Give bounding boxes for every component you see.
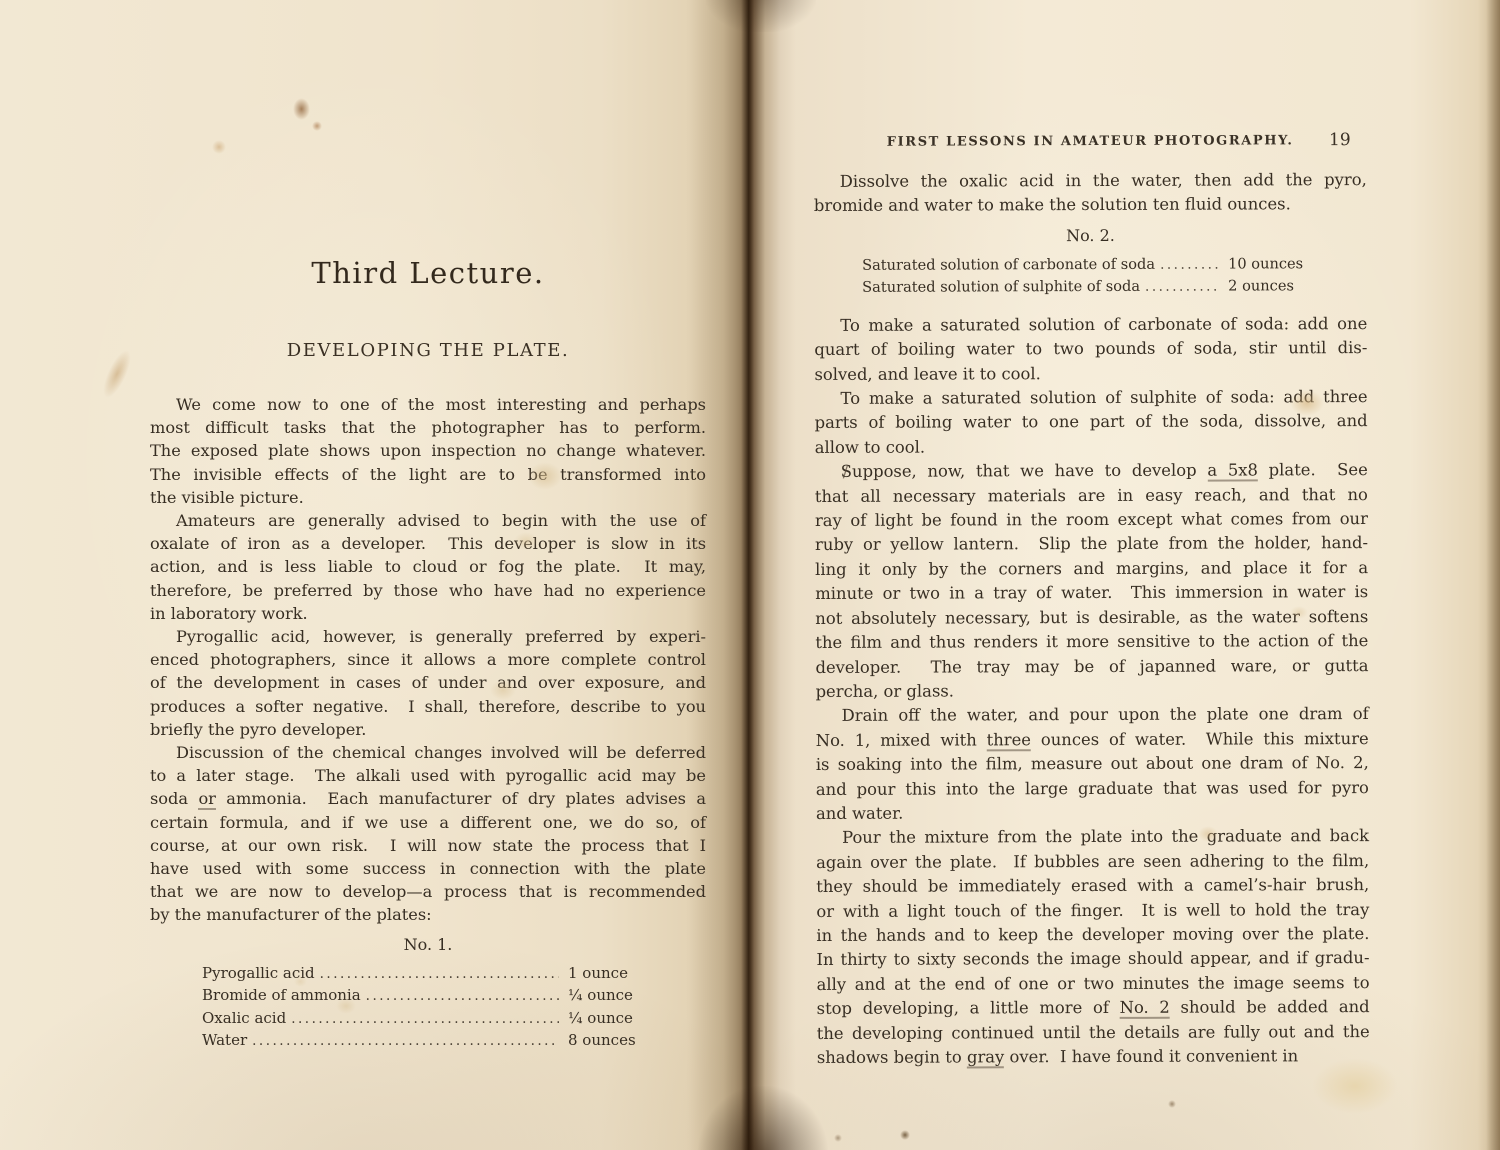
pencil-underline: three — [987, 730, 1031, 751]
text-line: most difficult tasks that the photograph… — [150, 416, 706, 439]
text-line: stop developing, a little more of No. 2 … — [817, 995, 1370, 1021]
text-line: Discussion of the chemical changes invol… — [150, 741, 706, 764]
text-line: enced photographers, since it allows a m… — [150, 648, 706, 671]
right-page-body-top: Dissolve the oxalic acid in the water, t… — [814, 168, 1367, 219]
text-line: soda or ammonia. Each manufacturer of dr… — [150, 787, 706, 810]
pencil-underline: or — [198, 789, 215, 810]
paragraph: Discussion of the chemical changes invol… — [150, 741, 706, 927]
formula-caption: No. 2. — [814, 225, 1367, 246]
ingredient-quantity: ¼ ounce — [564, 1008, 654, 1030]
text-line: of the development in cases of under and… — [150, 671, 706, 694]
text-line: certain formula, and if we use a differe… — [150, 811, 706, 834]
text-line: Dissolve the oxalic acid in the water, t… — [814, 168, 1367, 194]
paragraph: We come now to one of the most interesti… — [150, 393, 706, 509]
text-line: to a later stage. The alkali used with p… — [150, 764, 706, 787]
dot-leader — [1160, 253, 1219, 275]
text-line: that all necessary materials are in easy… — [815, 483, 1368, 509]
text-line: oxalate of iron as a developer. This dev… — [150, 532, 706, 555]
paragraph: To make a saturated solution of carbonat… — [814, 312, 1367, 387]
lecture-title: Third Lecture. — [150, 256, 706, 290]
dot-leader — [291, 1008, 559, 1031]
text-line: ∕Suppose, now, that we have to develop a… — [815, 458, 1368, 484]
ingredient-quantity: 8 ounces — [564, 1030, 654, 1052]
book-scan: Third Lecture. DEVELOPING THE PLATE. We … — [0, 0, 1500, 1150]
paragraph: Amateurs are generally advised to begin … — [150, 509, 706, 625]
paragraph: ∕Suppose, now, that we have to develop a… — [815, 458, 1369, 704]
text-line: that we are now to develop—a process tha… — [150, 880, 706, 903]
text-line: developer. The tray may be of japanned w… — [815, 654, 1368, 680]
text-line: have used with some success in connectio… — [150, 857, 706, 880]
text-line: solved, and leave it to cool. — [814, 361, 1367, 387]
text-line: not absolutely necessary, but is desirab… — [815, 605, 1368, 631]
text-line: shadows begin to gray over. I have found… — [817, 1044, 1370, 1070]
paragraph: Dissolve the oxalic acid in the water, t… — [814, 168, 1367, 219]
paragraph: Pyrogallic acid, however, is generally p… — [150, 625, 706, 741]
text-line: No. 1, mixed with three ounces of water.… — [816, 727, 1369, 753]
ingredient-label: Oxalic acid — [202, 1008, 286, 1030]
formula-row: Oxalic acid¼ ounce — [202, 1008, 654, 1031]
text-line: in laboratory work. — [150, 602, 706, 625]
text-line: ruby or yellow lantern. Slip the plate f… — [815, 532, 1368, 558]
right-page-body-bottom: To make a saturated solution of carbonat… — [814, 312, 1370, 1071]
formula-row: Saturated solution of sulphite of soda2 … — [862, 275, 1314, 299]
text-line: course, at our own risk. I will now stat… — [150, 834, 706, 857]
text-line: The invisible effects of the light are t… — [150, 463, 706, 486]
text-line: To make a saturated solution of sulphite… — [814, 385, 1367, 411]
page-number: 19 — [1329, 130, 1351, 150]
text-line: ally and at the end of one or two minute… — [817, 971, 1370, 997]
text-line: action, and is less liable to cloud or f… — [150, 555, 706, 578]
formula-row: Saturated solution of carbonate of soda1… — [862, 253, 1314, 277]
formula-no-2: No. 2.Saturated solution of carbonate of… — [814, 225, 1367, 299]
dot-leader — [252, 1030, 559, 1053]
text-line: bromide and water to make the solution t… — [814, 192, 1367, 218]
text-line: or with a light touch of the finger. It … — [816, 898, 1369, 924]
ingredient-quantity: ¼ ounce — [564, 985, 654, 1007]
text-line: and pour this into the large graduate th… — [816, 776, 1369, 802]
text-line: the visible picture. — [150, 486, 706, 509]
ingredient-label: Saturated solution of carbonate of soda — [862, 254, 1155, 277]
text-line: by the manufacturer of the plates: — [150, 903, 706, 926]
left-page-body: We come now to one of the most interesti… — [150, 393, 706, 927]
formula-no-1: No. 1.Pyrogallic acid1 ounceBromide of a… — [150, 935, 706, 1053]
text-line: minute or two in a tray of water. This i… — [815, 580, 1368, 606]
text-line: and water. — [816, 800, 1369, 826]
paragraph: Pour the mixture from the plate into the… — [816, 824, 1370, 1070]
dot-leader — [320, 963, 559, 986]
text-line: In thirty to sixty seconds the image sho… — [816, 946, 1369, 972]
ingredient-quantity: 2 ounces — [1224, 275, 1314, 297]
ingredient-quantity: 1 ounce — [564, 963, 654, 985]
text-line: ray of light be found in the room except… — [815, 507, 1368, 533]
ingredient-quantity: 10 ounces — [1224, 253, 1314, 275]
text-line: in the hands and to keep the developer m… — [816, 922, 1369, 948]
text-line: allow to cool. — [815, 434, 1368, 460]
dot-leader — [1145, 275, 1219, 297]
ingredient-label: Bromide of ammonia — [202, 985, 361, 1007]
formula-caption: No. 1. — [150, 935, 706, 954]
text-line: they should be immediately erased with a… — [816, 873, 1369, 899]
text-line: briefly the pyro developer. — [150, 718, 706, 741]
text-line: Pour the mixture from the plate into the… — [816, 824, 1369, 850]
running-title: FIRST LESSONS IN AMATEUR PHOTOGRAPHY. — [887, 133, 1294, 149]
formula-rows: Pyrogallic acid1 ounceBromide of ammonia… — [202, 963, 654, 1053]
ingredient-label: Water — [202, 1030, 247, 1052]
ingredient-label: Pyrogallic acid — [202, 963, 315, 985]
text-line: therefore, be preferred by those who hav… — [150, 579, 706, 602]
paragraph: To make a saturated solution of sulphite… — [814, 385, 1367, 460]
text-line: percha, or glass. — [816, 678, 1369, 704]
text-line: produces a softer negative. I shall, the… — [150, 695, 706, 718]
section-heading: DEVELOPING THE PLATE. — [150, 340, 706, 361]
text-line: is soaking into the film, measure out ab… — [816, 751, 1369, 777]
pencil-underline: gray — [967, 1047, 1004, 1068]
text-line: We come now to one of the most interesti… — [150, 393, 706, 416]
text-line: To make a saturated solution of carbonat… — [814, 312, 1367, 338]
text-line: the developing continued until the detai… — [817, 1020, 1370, 1046]
pencil-margin-mark: ∕ — [817, 460, 849, 485]
pencil-underline: No. 2 — [1120, 998, 1170, 1019]
text-line: Pyrogallic acid, however, is generally p… — [150, 625, 706, 648]
right-page-column: FIRST LESSONS IN AMATEUR PHOTOGRAPHY. 19… — [813, 0, 1370, 1070]
pencil-underline: a 5x8 — [1207, 461, 1258, 482]
formula-row: Pyrogallic acid1 ounce — [202, 963, 654, 986]
text-line: again over the plate. If bubbles are see… — [816, 849, 1369, 875]
ingredient-label: Saturated solution of sulphite of soda — [862, 276, 1140, 299]
text-line: The exposed plate shows upon inspection … — [150, 439, 706, 462]
formula-row: Water8 ounces — [202, 1030, 654, 1053]
text-line: parts of boiling water to one part of th… — [815, 409, 1368, 435]
formula-row: Bromide of ammonia¼ ounce — [202, 985, 654, 1008]
dot-leader — [366, 985, 559, 1008]
running-head: FIRST LESSONS IN AMATEUR PHOTOGRAPHY. 19 — [814, 133, 1367, 155]
paragraph: Drain off the water, and pour upon the p… — [816, 702, 1369, 826]
text-line: Drain off the water, and pour upon the p… — [816, 702, 1369, 728]
left-page-column: Third Lecture. DEVELOPING THE PLATE. We … — [150, 0, 706, 1053]
text-line: quart of boiling water to two pounds of … — [814, 336, 1367, 362]
text-line: the film and thus renders it more sensit… — [815, 629, 1368, 655]
formula-rows: Saturated solution of carbonate of soda1… — [862, 253, 1314, 299]
text-line: Amateurs are generally advised to begin … — [150, 509, 706, 532]
text-line: ling it only by the corners and margins,… — [815, 556, 1368, 582]
